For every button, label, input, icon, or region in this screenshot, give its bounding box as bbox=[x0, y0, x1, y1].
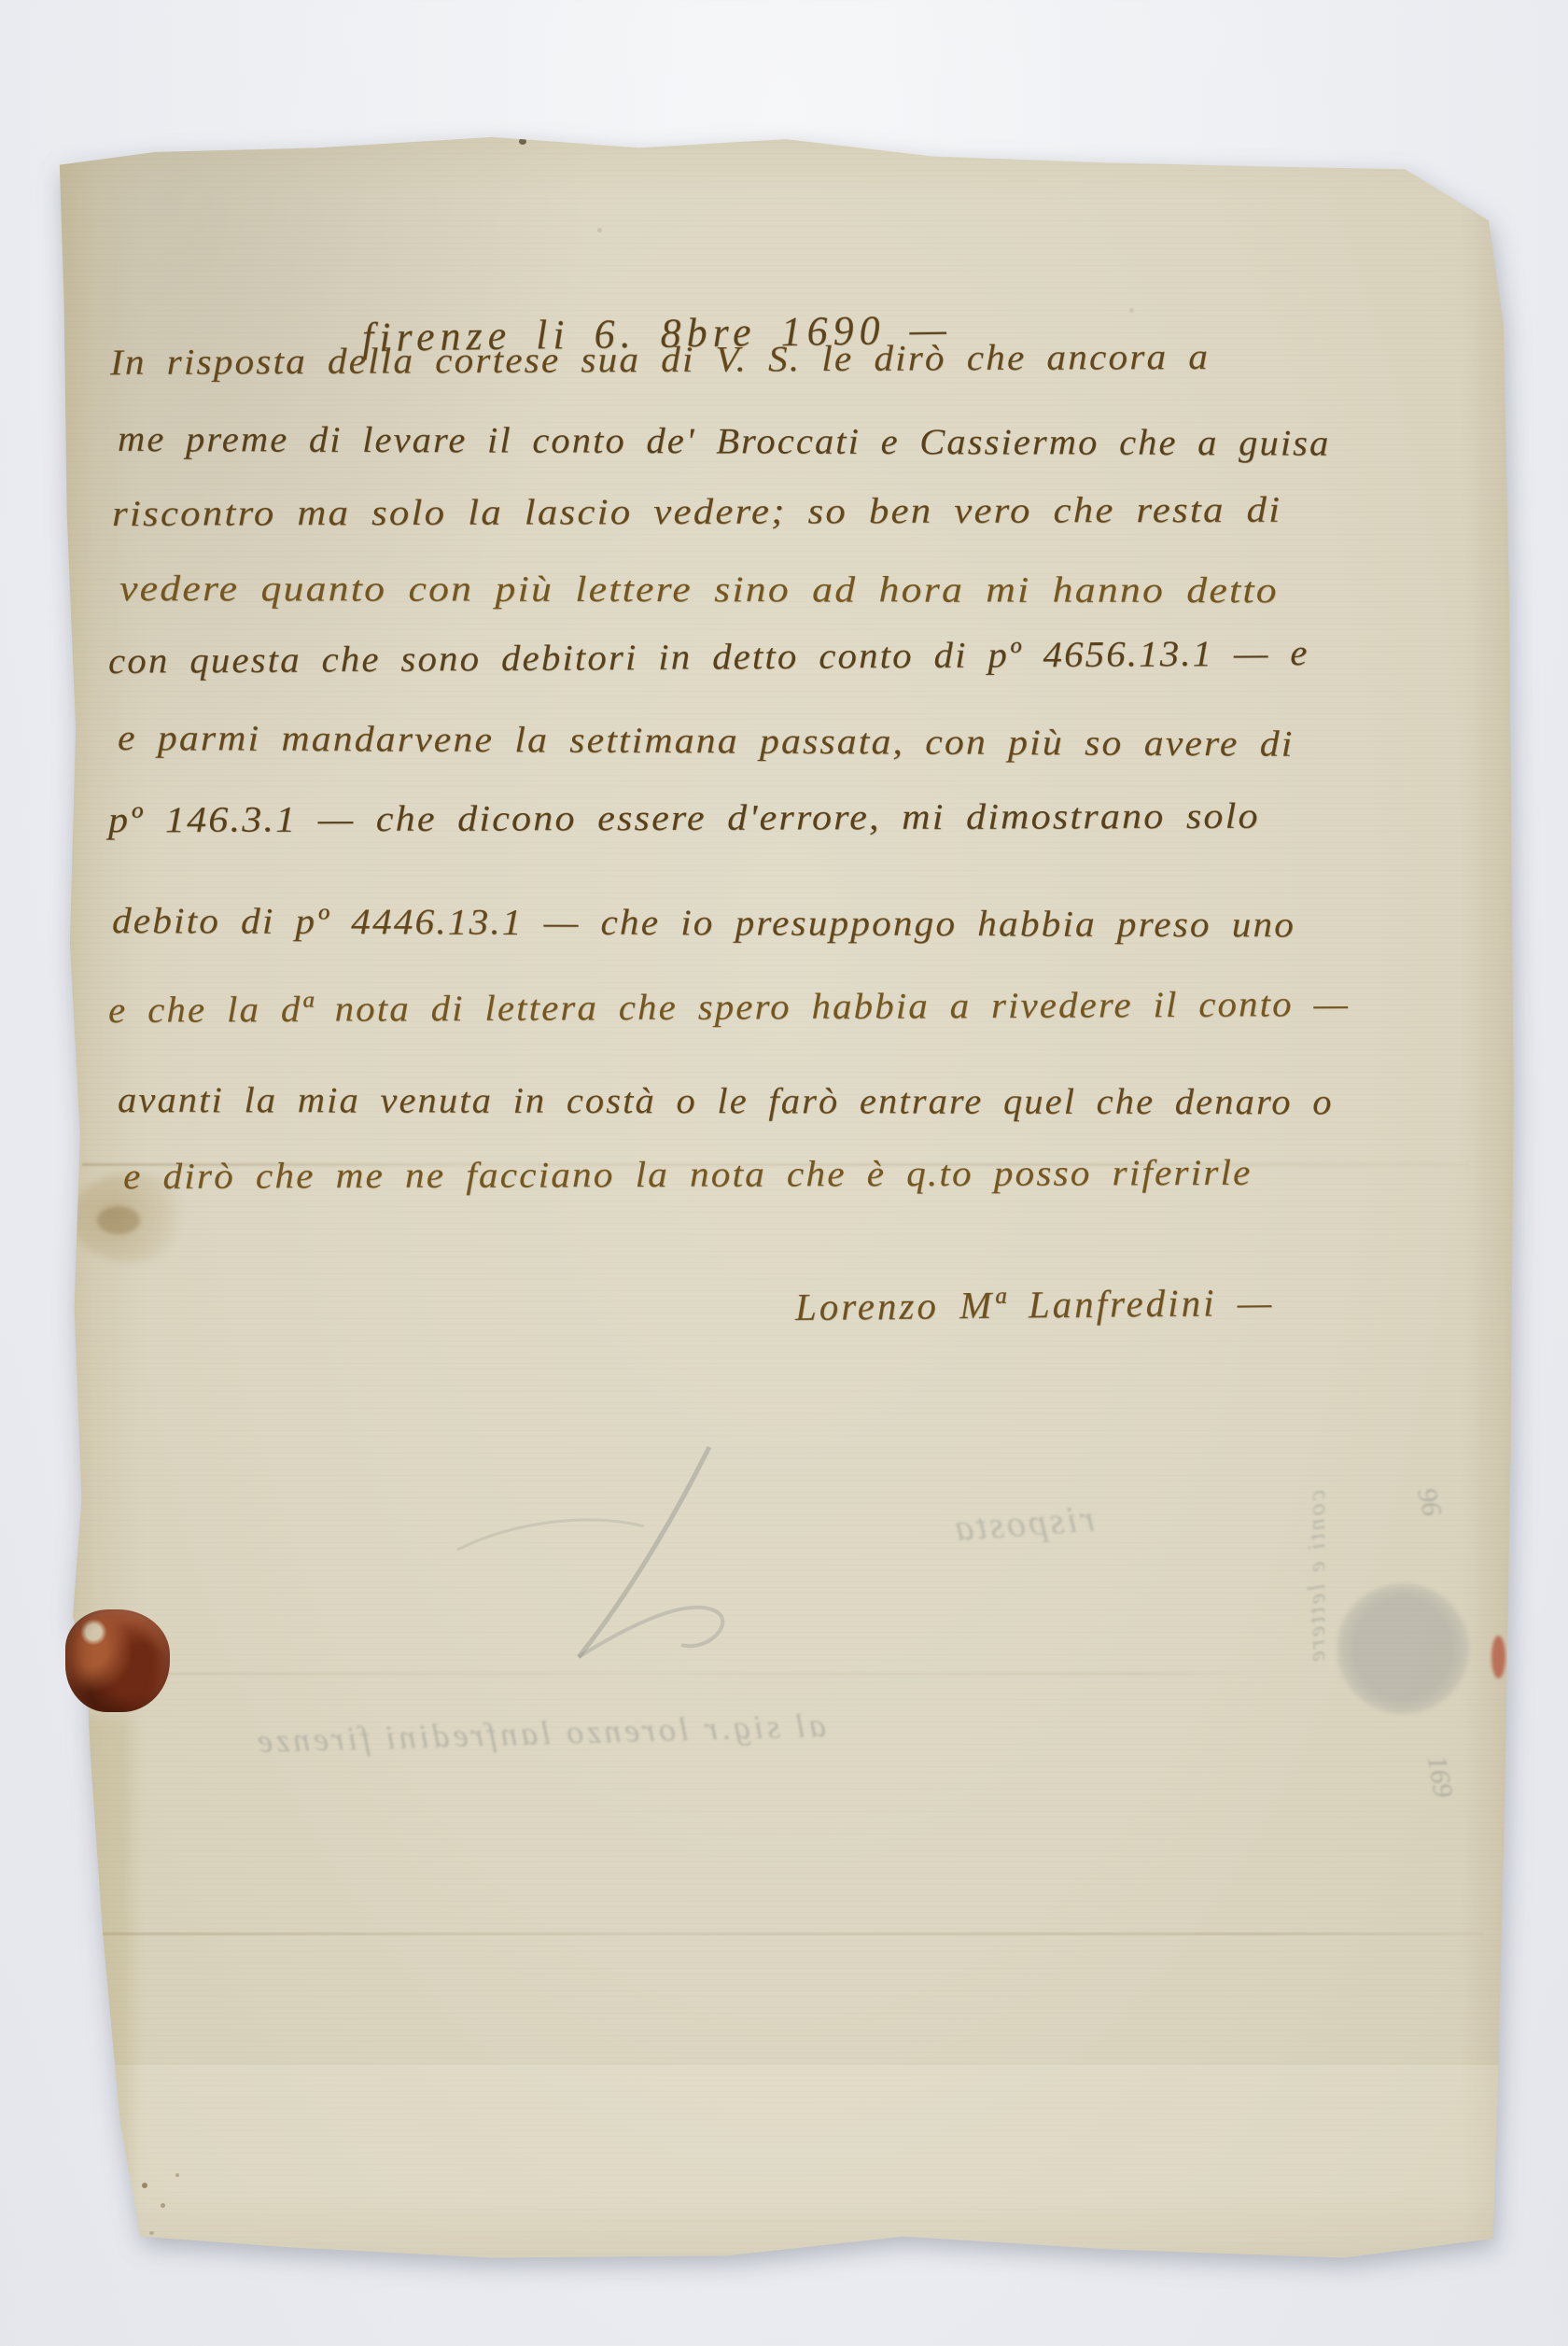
ghost-flourish-strokes bbox=[401, 1438, 943, 1680]
letter-paper: risposta al sig.r lorenzo lanfredini fir… bbox=[52, 131, 1519, 2269]
signature: Lorenzo Mª Lanfredini — bbox=[795, 1280, 1275, 1329]
paper-shadow: risposta al sig.r lorenzo lanfredini fir… bbox=[0, 0, 1568, 2346]
foxing-speck bbox=[597, 228, 602, 232]
ghost-mirrored-address-line: al sig.r lorenzo lanfredini firenze bbox=[89, 1706, 827, 1765]
red-edge-spot bbox=[1491, 1636, 1505, 1679]
body-line: me preme di levare il conto de' Broccati… bbox=[118, 418, 1331, 465]
ghost-seal-impression bbox=[1337, 1583, 1469, 1714]
body-line: e parmi mandarvene la settimana passata,… bbox=[118, 717, 1295, 766]
body-line: avanti la mia venuta in costà o le farò … bbox=[118, 1079, 1334, 1123]
left-edge-stain-core bbox=[97, 1206, 140, 1234]
foxing-speck bbox=[142, 2183, 147, 2188]
body-line: debito di pº 4446.13.1 — che io presuppo… bbox=[112, 900, 1295, 946]
ghost-mirrored-word: risposta bbox=[951, 1496, 1097, 1551]
fold-crease-lower bbox=[75, 1932, 1484, 1935]
ink-speck bbox=[519, 138, 526, 145]
body-line: e dirò che me ne facciano la nota che è … bbox=[123, 1152, 1253, 1198]
bottom-tonal-band bbox=[52, 2065, 1519, 2269]
foxing-speck bbox=[1129, 308, 1134, 313]
ghost-number-bottom: 169 bbox=[1421, 1753, 1459, 1800]
foxing-speck bbox=[161, 2203, 165, 2208]
scan-background: risposta al sig.r lorenzo lanfredini fir… bbox=[0, 0, 1568, 2346]
body-line: vedere quanto con più lettere sino ad ho… bbox=[119, 568, 1279, 611]
body-line: In risposta della cortese sua di V. S. l… bbox=[110, 336, 1210, 384]
foxing-speck bbox=[175, 2173, 179, 2177]
left-edge-discoloration bbox=[69, 1718, 131, 2241]
wax-seal bbox=[65, 1609, 170, 1712]
body-line: con questa che sono debitori in detto co… bbox=[108, 632, 1309, 682]
body-line: e che la dª nota di lettera che spero ha… bbox=[108, 983, 1350, 1032]
body-line: pº 146.3.1 — che dicono essere d'errore,… bbox=[108, 795, 1260, 841]
body-line: riscontro ma solo la lascio vedere; so b… bbox=[112, 489, 1281, 535]
foxing-speck bbox=[149, 2231, 154, 2235]
